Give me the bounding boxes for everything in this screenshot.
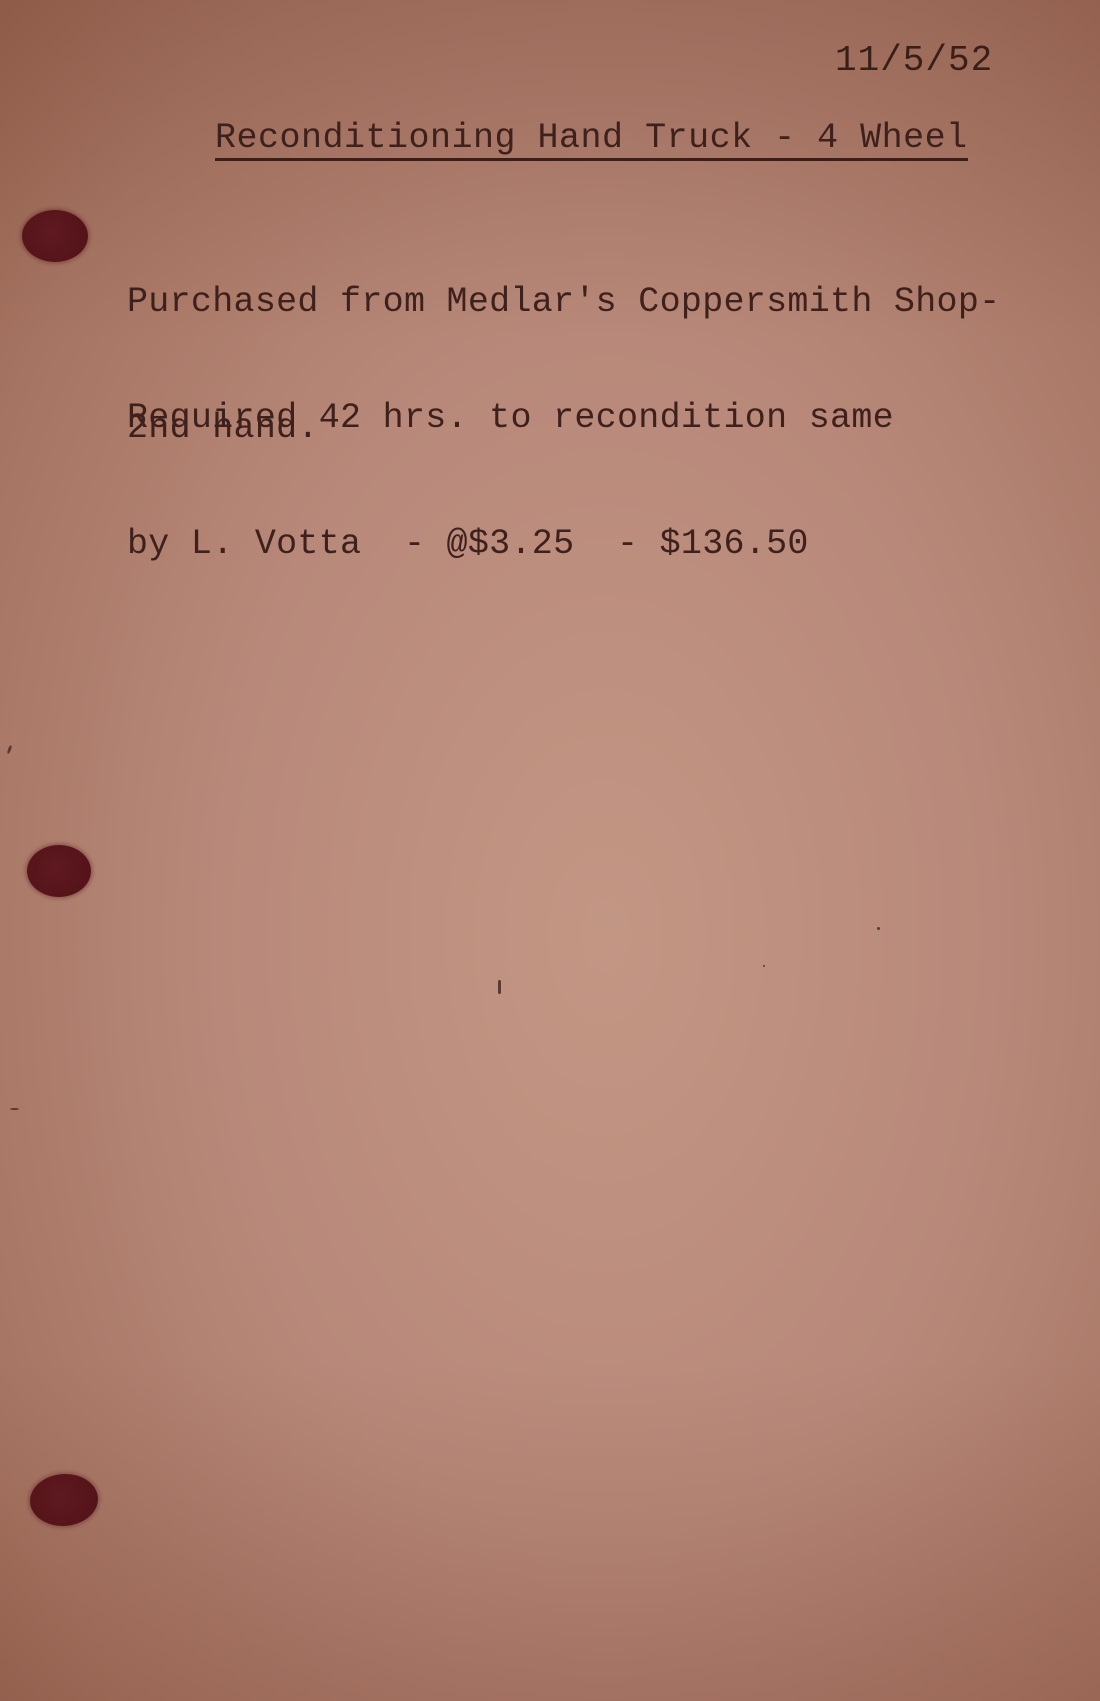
paper-speck [763, 965, 765, 967]
labor-paragraph: Required 42 hrs. to recondition same by … [127, 313, 894, 649]
paper-speck [498, 980, 501, 994]
document-title: Reconditioning Hand Truck - 4 Wheel [215, 118, 968, 161]
paper-speck [10, 1108, 19, 1110]
document-date: 11/5/52 [835, 40, 993, 81]
paper-speck [877, 927, 880, 930]
labor-line-2: by L. Votta - @$3.25 - $136.50 [127, 523, 894, 565]
binder-punch-hole-bottom [28, 1472, 99, 1529]
binder-punch-hole-middle [27, 845, 91, 897]
binder-punch-hole-top [22, 210, 88, 262]
paper-speck [7, 745, 13, 754]
typed-document-page: 11/5/52 Reconditioning Hand Truck - 4 Wh… [0, 0, 1100, 1701]
labor-line-1: Required 42 hrs. to recondition same [127, 397, 894, 439]
